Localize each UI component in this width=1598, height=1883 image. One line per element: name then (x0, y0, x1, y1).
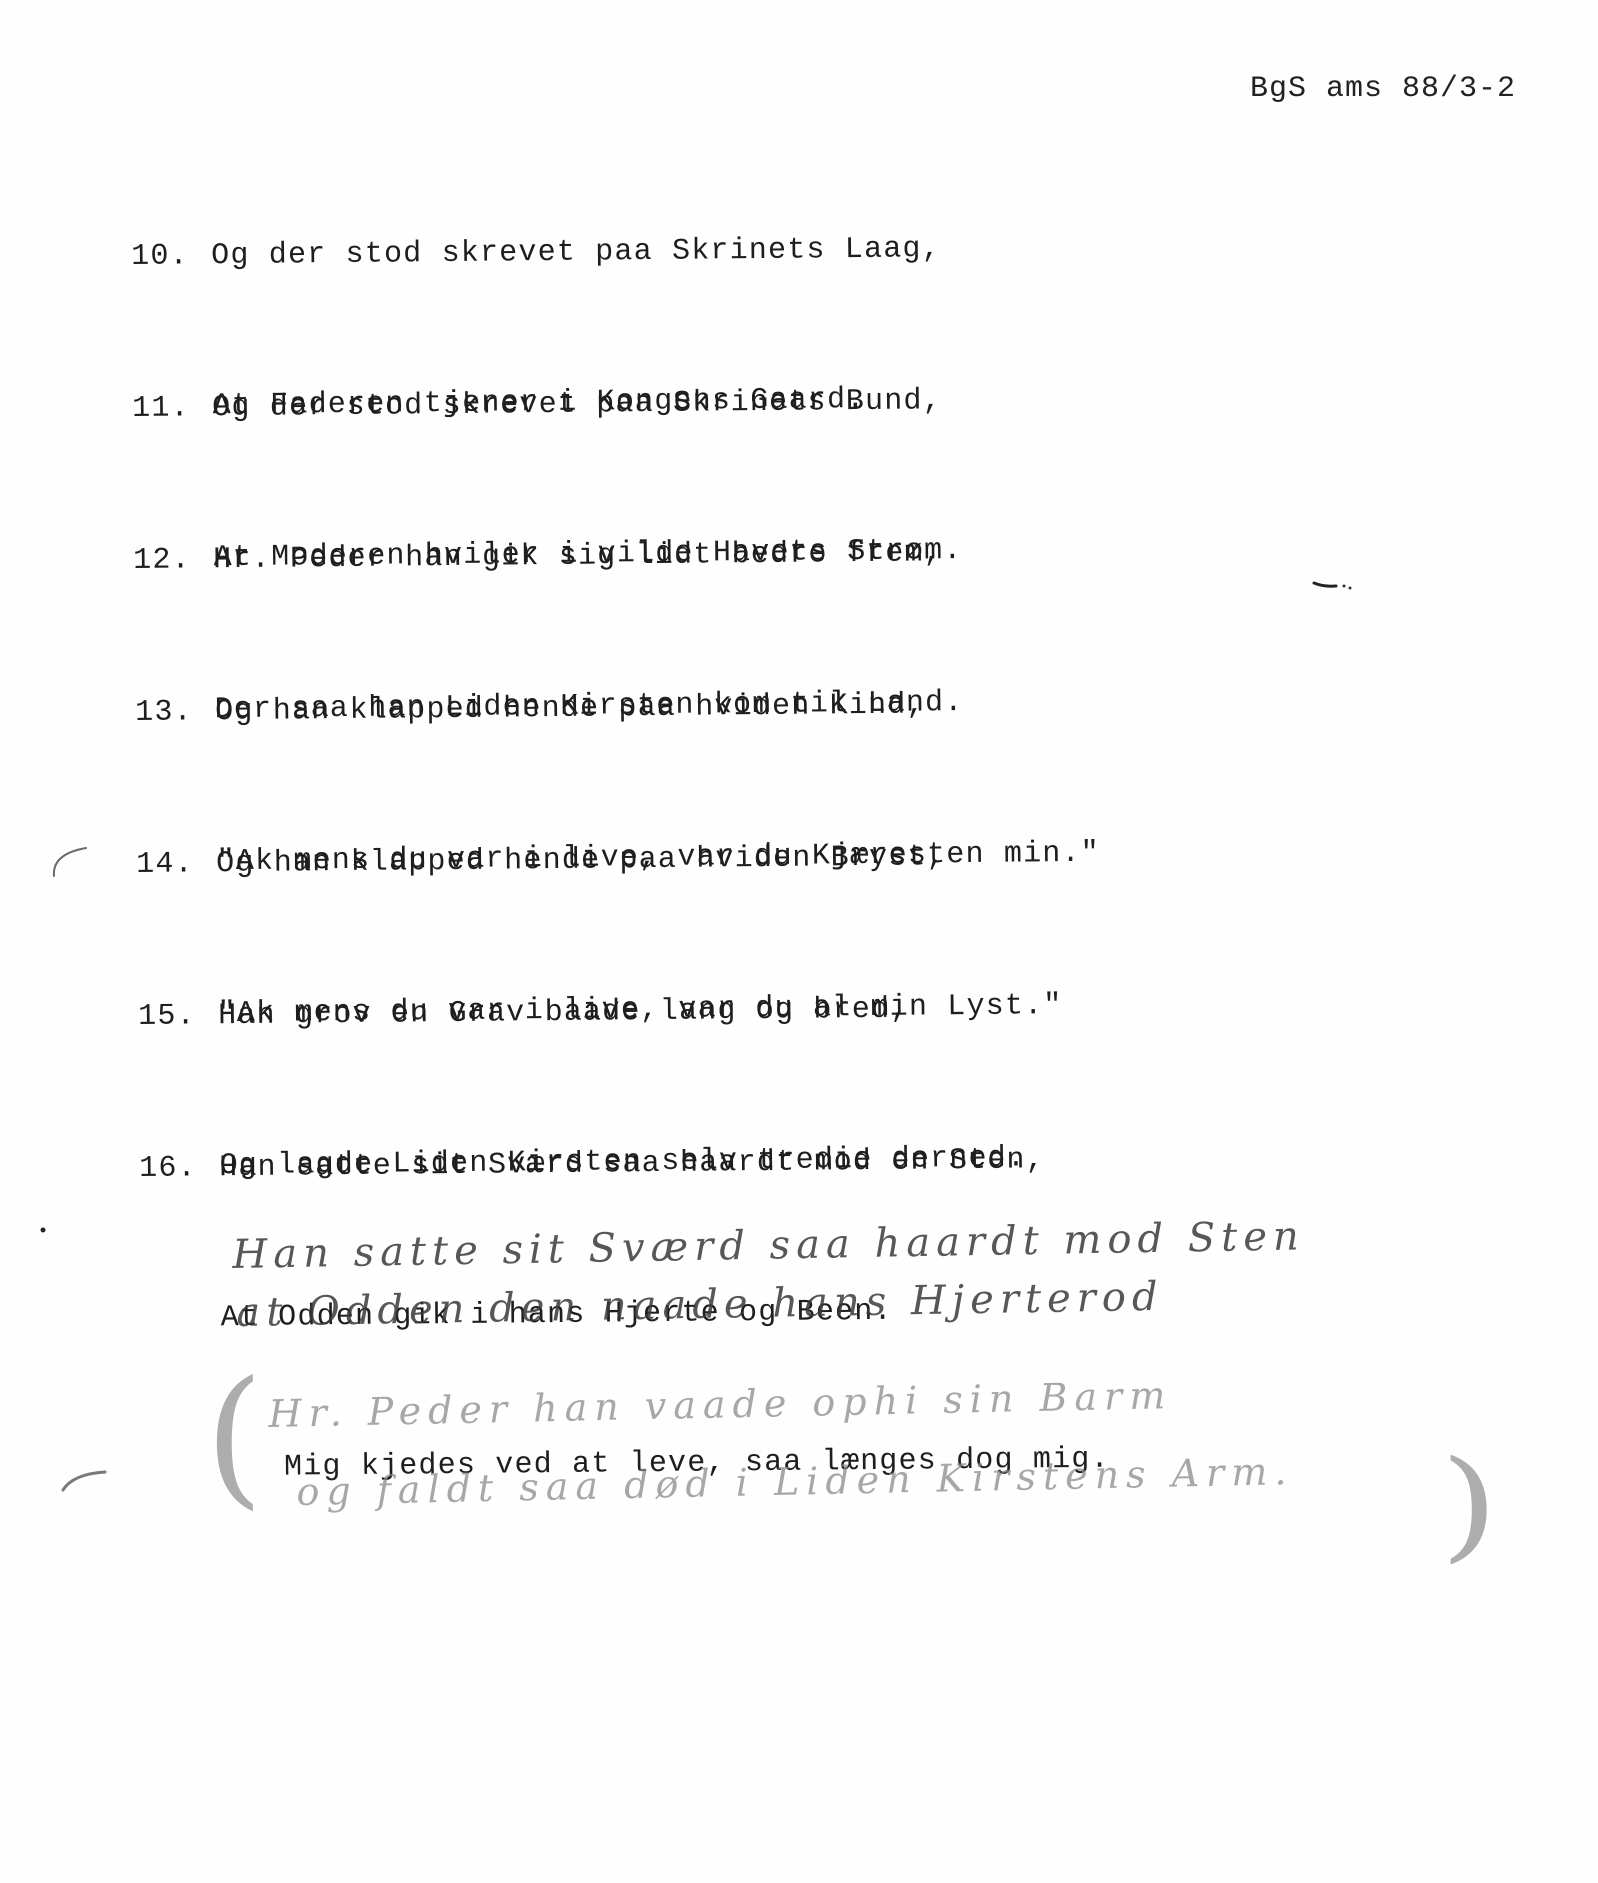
stanza-number: 16. (139, 1143, 219, 1194)
stanza-number: 12. (133, 535, 213, 586)
stanza-line: Hr. Peder han gik sig lidt bedre frem, (213, 536, 943, 577)
stanza-number: 14. (136, 839, 216, 890)
stanza-line: Og der stod skrevet paa Skrinets Laag, (211, 232, 941, 273)
scan-mark (48, 840, 98, 880)
stanza-number: 15. (138, 991, 218, 1042)
stanza-number: 11. (132, 383, 212, 434)
stanza-line: Han grov en Grav baade lang og bred, (218, 993, 910, 1034)
scan-mark (38, 1225, 48, 1235)
stanza-line: Og der stod skrevet paa Skrinets Bund, (212, 384, 942, 425)
open-parenthesis: ( (205, 1362, 264, 1512)
document-page: BgS ams 88/3-2 10.Og der stod skrevet pa… (0, 0, 1598, 1883)
stanza-number: 10. (131, 231, 211, 282)
stanza-number: 13. (135, 687, 215, 738)
stanza-line: Og han klapped hende paa hviden Kind, (215, 688, 926, 729)
stanza-line: Han satte sit Sværd saa haardt mod en St… (219, 1143, 1045, 1185)
close-parenthesis: ) (1440, 1445, 1499, 1565)
scan-mark (1310, 575, 1360, 595)
stanza-line: Og han klapped hende paa hviden Bryst, (216, 840, 946, 881)
archive-reference: BgS ams 88/3-2 (1250, 72, 1516, 106)
scan-mark (55, 1460, 115, 1500)
